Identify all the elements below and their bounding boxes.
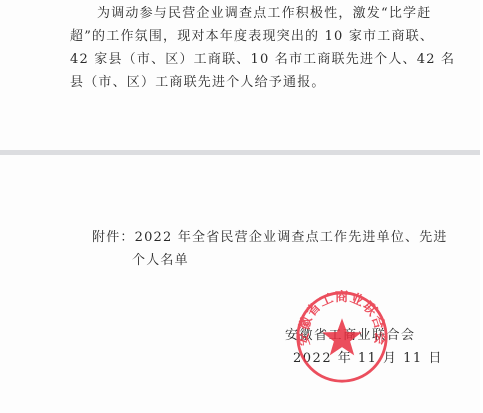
document-page-top: 为调动参与民营企业调查点工作积极性，激发“比学赶 超”的工作氛围，现对本年度表现… [0,0,480,151]
official-seal-icon: 安徽省工商业联合会 [295,290,389,384]
body-paragraph: 为调动参与民营企业调查点工作积极性，激发“比学赶 超”的工作氛围，现对本年度表现… [70,2,414,94]
attachment-note: 附件：2022 年全省民营企业调查点工作先进单位、先进 个人名单 [92,225,448,271]
paragraph-line: 县（市、区）工商联先进个人给予通报。 [70,71,414,94]
attachment-line: 附件：2022 年全省民营企业调查点工作先进单位、先进 [92,225,448,248]
paragraph-line: 42 家县（市、区）工商联、10 名市工商联先进个人、42 名 [70,48,414,71]
paragraph-line: 超”的工作氛围，现对本年度表现突出的 10 家市工商联、 [70,25,414,48]
paragraph-line: 为调动参与民营企业调查点工作积极性，激发“比学赶 [70,2,414,25]
attachment-line: 个人名单 [92,248,448,271]
document-page-bottom [0,155,480,413]
